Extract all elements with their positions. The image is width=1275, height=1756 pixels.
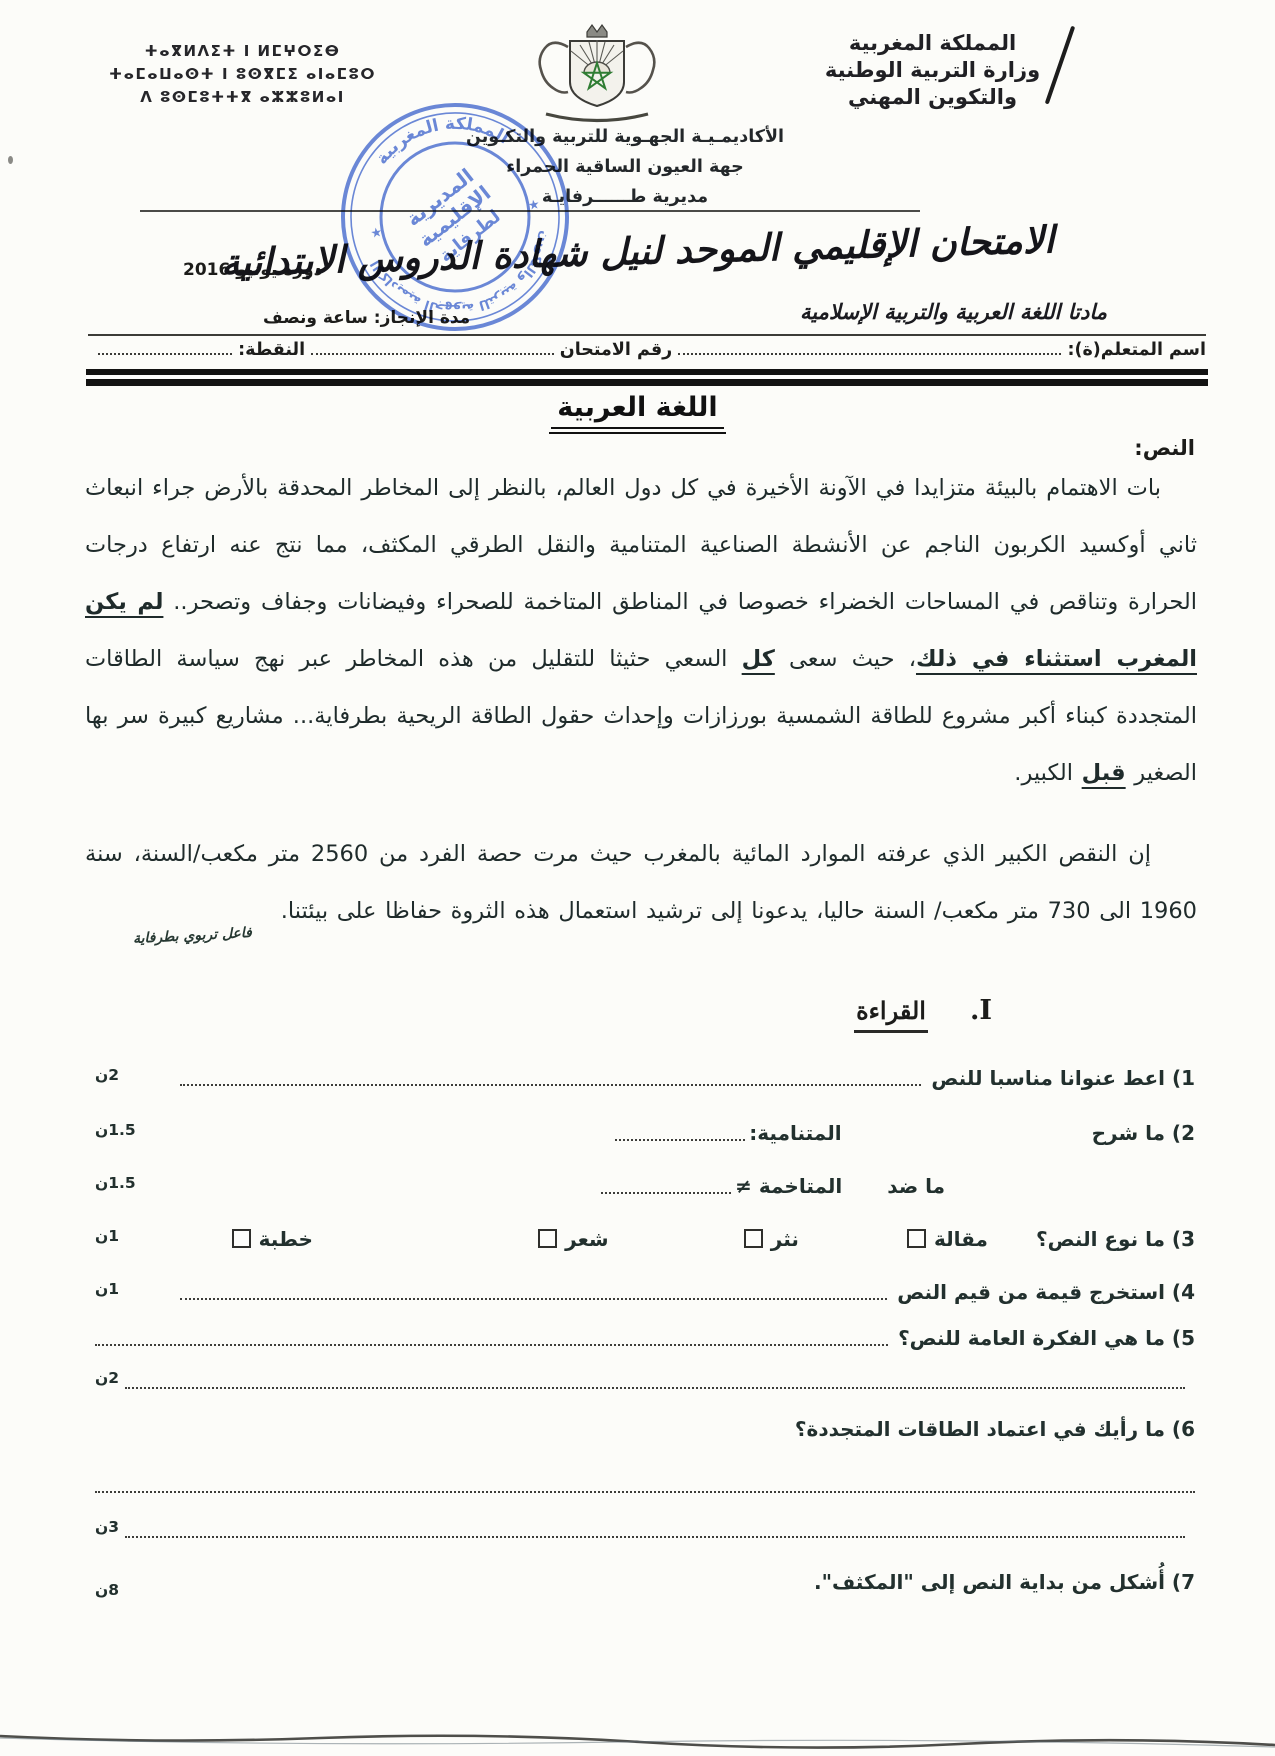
- question-text: 5) ما هي الفكرة العامة للنص؟: [898, 1321, 1195, 1355]
- option-prose: نثر: [744, 1222, 799, 1256]
- info-rule: [88, 334, 1206, 336]
- answer-line: [125, 1526, 1185, 1538]
- questions-list: 1) اعط عنوانا مناسبا للنص 2ن 2) ما شرح ا…: [95, 1058, 1195, 1599]
- scan-speck: [8, 156, 13, 164]
- answer-line: [95, 1481, 1195, 1493]
- question-text: 7) أُشكل من بداية النص إلى "المكثف".: [814, 1565, 1195, 1599]
- question-text: 6) ما رأيك في اعتماد الطاقات المتجددة؟: [795, 1412, 1195, 1446]
- exam-number-field[interactable]: [311, 341, 554, 355]
- answer-line: [180, 1288, 887, 1300]
- student-info-row: اسم المتعلم(ة): رقم الامتحان النقطة:: [92, 340, 1206, 360]
- passage-text: ، حيث سعى: [775, 646, 916, 672]
- option-label: خطبة: [259, 1222, 313, 1256]
- score-label: النقطة:: [238, 340, 305, 360]
- option-sermon: خطبة: [232, 1222, 313, 1256]
- reading-passage: بات الاهتمام بالبيئة متزايدا في الآونة ا…: [85, 460, 1197, 964]
- scanned-exam-page: ⵜⴰⴳⵍⴷⵉⵜ ⵏ ⵍⵎⵖⵔⵉⴱ ⵜⴰⵎⴰⵡⴰⵙⵜ ⵏ ⵓⵙⴳⵎⵉ ⴰⵏⴰⵎⵓⵔ…: [0, 0, 1275, 1756]
- checkbox-icon[interactable]: [232, 1229, 251, 1248]
- scan-page-edge: [0, 1718, 1275, 1754]
- checkbox-icon[interactable]: [538, 1229, 557, 1248]
- exam-number-label: رقم الامتحان: [560, 340, 672, 360]
- points-badge: 1ن: [95, 1219, 119, 1253]
- option-poetry: شعر: [538, 1222, 608, 1256]
- option-label: شعر: [565, 1222, 608, 1256]
- checkbox-icon[interactable]: [907, 1229, 926, 1248]
- passage-paragraph-2: إن النقص الكبير الذي عرفته الموارد المائ…: [85, 826, 1197, 940]
- points-badge: 2ن: [95, 1058, 119, 1092]
- student-name-field[interactable]: [678, 341, 1061, 355]
- answer-line: [601, 1182, 731, 1194]
- question-text: 2) ما شرح: [1092, 1116, 1195, 1150]
- vocabulary-word: المتاخمة ≠: [735, 1169, 842, 1203]
- ministry-header: المملكة المغربية وزارة التربية الوطنية و…: [760, 30, 1105, 111]
- answer-line: [125, 1377, 1185, 1389]
- reading-section-heading: I. القراءة: [854, 995, 992, 1033]
- question-6-answer-row: [95, 1468, 1195, 1502]
- checkbox-icon[interactable]: [744, 1229, 763, 1248]
- tifinagh-line: ⵜⴰⵎⴰⵡⴰⵙⵜ ⵏ ⵓⵙⴳⵎⵉ ⴰⵏⴰⵎⵓⵔ: [100, 63, 385, 86]
- passage-text: الكبير.: [1014, 760, 1081, 786]
- vocabulary-word: المتنامية:: [749, 1116, 841, 1150]
- exam-subjects: مادتا اللغة العربية والتربية الإسلامية: [800, 300, 1107, 324]
- question-6: 6) ما رأيك في اعتماد الطاقات المتجددة؟: [95, 1412, 1195, 1446]
- question-text: 3) ما نوع النص؟: [1036, 1222, 1195, 1256]
- passage-paragraph-1: بات الاهتمام بالبيئة متزايدا في الآونة ا…: [85, 460, 1197, 802]
- question-6-answer-row: 3ن: [95, 1510, 1195, 1547]
- question-text: ما ضد: [887, 1169, 945, 1203]
- question-text: 4) استخرج قيمة من قيم النص: [897, 1275, 1195, 1309]
- points-badge: 3ن: [95, 1510, 119, 1544]
- question-5: 5) ما هي الفكرة العامة للنص؟: [95, 1321, 1195, 1355]
- option-label: نثر: [771, 1222, 799, 1256]
- points-badge: 1.5ن: [95, 1113, 136, 1147]
- tifinagh-line: ⵜⴰⴳⵍⴷⵉⵜ ⵏ ⵍⵎⵖⵔⵉⴱ: [100, 40, 385, 63]
- directorate-stamp: المملكة المغربية الأكاديمية الجهوية للتر…: [333, 95, 577, 339]
- question-text: 1) اعط عنوانا مناسبا للنص: [931, 1061, 1195, 1095]
- points-badge: 8ن: [95, 1573, 119, 1607]
- option-article: مقالة: [907, 1222, 988, 1256]
- points-badge: 2ن: [95, 1361, 119, 1395]
- score-field[interactable]: [98, 341, 232, 355]
- stamp-star-icon: ★: [527, 197, 541, 214]
- answer-line: [180, 1074, 921, 1086]
- points-badge: 1.5ن: [95, 1166, 136, 1200]
- question-3: 3) ما نوع النص؟ مقالة نثر شعر خطبة: [95, 1219, 1195, 1256]
- points-badge: 1ن: [95, 1272, 119, 1306]
- answer-line: [615, 1129, 745, 1141]
- student-name-label: اسم المتعلم(ة):: [1067, 340, 1206, 360]
- question-5-answer-row: 2ن: [95, 1361, 1195, 1398]
- exam-title: الامتحان الإقليمي الموحد لنيل شهادة الدر…: [60, 214, 1216, 289]
- question-7: 7) أُشكل من بداية النص إلى "المكثف". 8ن: [95, 1565, 1195, 1599]
- option-label: مقالة: [934, 1222, 988, 1256]
- passage-emphasis: كل: [742, 646, 775, 672]
- text-label: النص:: [1134, 436, 1195, 460]
- ministry-line: المملكة المغربية: [760, 30, 1105, 57]
- arabic-section-heading: اللغة العربية: [0, 392, 1275, 429]
- passage-text: بات الاهتمام بالبيئة متزايدا في الآونة ا…: [85, 475, 1197, 615]
- reading-heading: القراءة: [854, 996, 928, 1033]
- section-divider-bars: [86, 369, 1208, 386]
- answer-line: [95, 1334, 888, 1346]
- arabic-section-title: اللغة العربية: [551, 392, 723, 429]
- question-1: 1) اعط عنوانا مناسبا للنص 2ن: [95, 1058, 1195, 1095]
- section-roman-numeral: I.: [970, 995, 992, 1026]
- question-2a: 2) ما شرح المتنامية: 1.5ن: [95, 1113, 1195, 1150]
- question-4: 4) استخرج قيمة من قيم النص 1ن: [95, 1272, 1195, 1309]
- passage-emphasis: قبل: [1082, 760, 1126, 786]
- question-2b: ما ضد المتاخمة ≠ 1.5ن: [95, 1166, 1195, 1203]
